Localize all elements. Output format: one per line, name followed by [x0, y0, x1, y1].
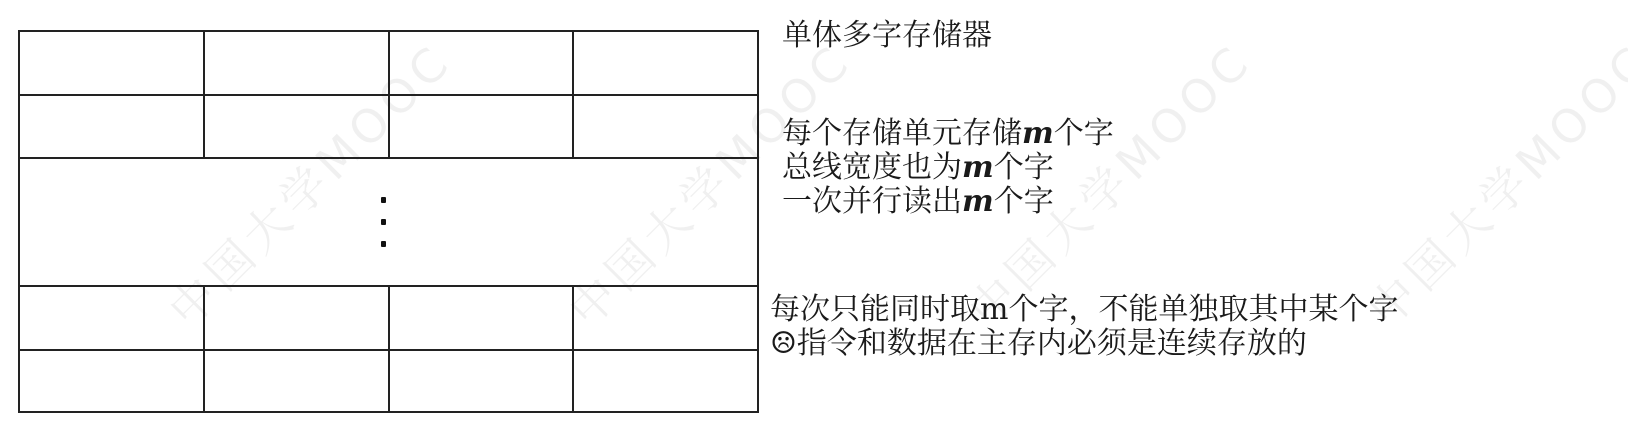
memory-cell: [20, 351, 205, 413]
memory-cell: [390, 351, 575, 413]
memory-cell: [205, 287, 390, 349]
memory-cell: [20, 96, 205, 157]
memory-cell: [205, 96, 390, 157]
ellipsis-row: [20, 159, 757, 287]
memory-cell: [205, 32, 390, 94]
feature-line: 总线宽度也为m个字: [782, 151, 1054, 185]
memory-cell: [574, 96, 757, 157]
memory-cell: [20, 32, 205, 94]
memory-cell: [390, 32, 575, 94]
memory-cell: [574, 287, 757, 349]
memory-cell: [205, 351, 390, 413]
memory-cell: [20, 287, 205, 349]
memory-diagram: [18, 30, 759, 413]
memory-cell: [390, 96, 575, 157]
vertical-ellipsis-icon: [10, 159, 757, 285]
drawback-line: 每次只能同时取m个字，不能单独取其中某个字: [770, 293, 1398, 327]
memory-row: [20, 96, 757, 159]
memory-row: [20, 351, 757, 413]
diagram-title: 单体多字存储器: [782, 19, 992, 53]
drawback-line: ☹指令和数据在主存内必须是连续存放的: [770, 327, 1307, 361]
memory-cell: [574, 32, 757, 94]
memory-row: [20, 287, 757, 351]
feature-line: 一次并行读出m个字: [782, 185, 1054, 219]
feature-line: 每个存储单元存储m个字: [782, 117, 1114, 151]
memory-cell: [574, 351, 757, 413]
memory-cell: [390, 287, 575, 349]
memory-row: [20, 32, 757, 96]
